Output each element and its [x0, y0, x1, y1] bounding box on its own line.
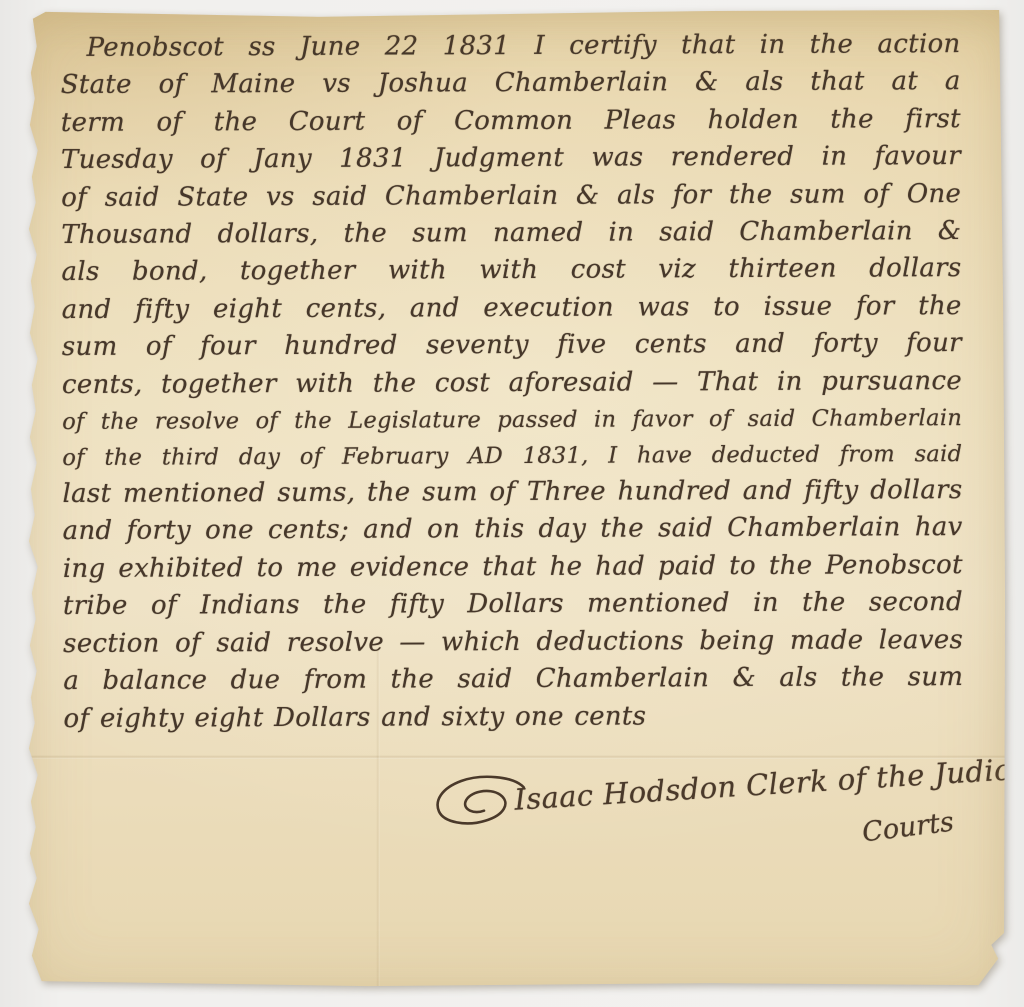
manuscript-line: last mentioned sums, the sum of Three hu…	[62, 472, 962, 513]
manuscript-line: ing exhibited to me evidence that he had…	[63, 547, 963, 588]
manuscript-line: of eighty eight Dollars and sixty one ce…	[63, 697, 963, 738]
manuscript-line: of the third day of February AD 1831, I …	[62, 436, 962, 476]
manuscript-line: and fifty eight cents, and execution was…	[62, 288, 962, 329]
manuscript-line: tribe of Indians the fifty Dollars menti…	[63, 584, 963, 625]
manuscript-line: of said State vs said Chamberlain & als …	[61, 176, 961, 217]
signature-courts: Courts	[860, 807, 955, 849]
manuscript-line: Penobscot ss June 22 1831 I certify that…	[60, 26, 960, 67]
manuscript-paper-wrap: Penobscot ss June 22 1831 I certify that…	[24, 8, 1006, 990]
manuscript-paper: Penobscot ss June 22 1831 I certify that…	[24, 8, 1006, 990]
manuscript-line: sum of four hundred seventy five cents a…	[62, 325, 962, 366]
manuscript-line: and forty one cents; and on this day the…	[63, 510, 963, 551]
manuscript-line: State of Maine vs Joshua Chamberlain & a…	[61, 63, 961, 104]
manuscript-line: term of the Court of Common Pleas holden…	[61, 101, 961, 142]
manuscript-line: a balance due from the said Chamberlain …	[63, 659, 963, 700]
manuscript-line: cents, together with the cost aforesaid …	[62, 363, 962, 404]
manuscript-text-block: Penobscot ss June 22 1831 I certify that…	[60, 26, 963, 738]
manuscript-line: Tuesday of Jany 1831 Judgment was render…	[61, 138, 961, 179]
manuscript-line: Thousand dollars, the sum named in said …	[61, 213, 961, 254]
manuscript-line: section of said resolve — which deductio…	[63, 622, 963, 663]
manuscript-line: of the resolve of the Legislature passed…	[62, 400, 962, 440]
manuscript-line: als bond, together with with cost viz th…	[61, 250, 961, 291]
